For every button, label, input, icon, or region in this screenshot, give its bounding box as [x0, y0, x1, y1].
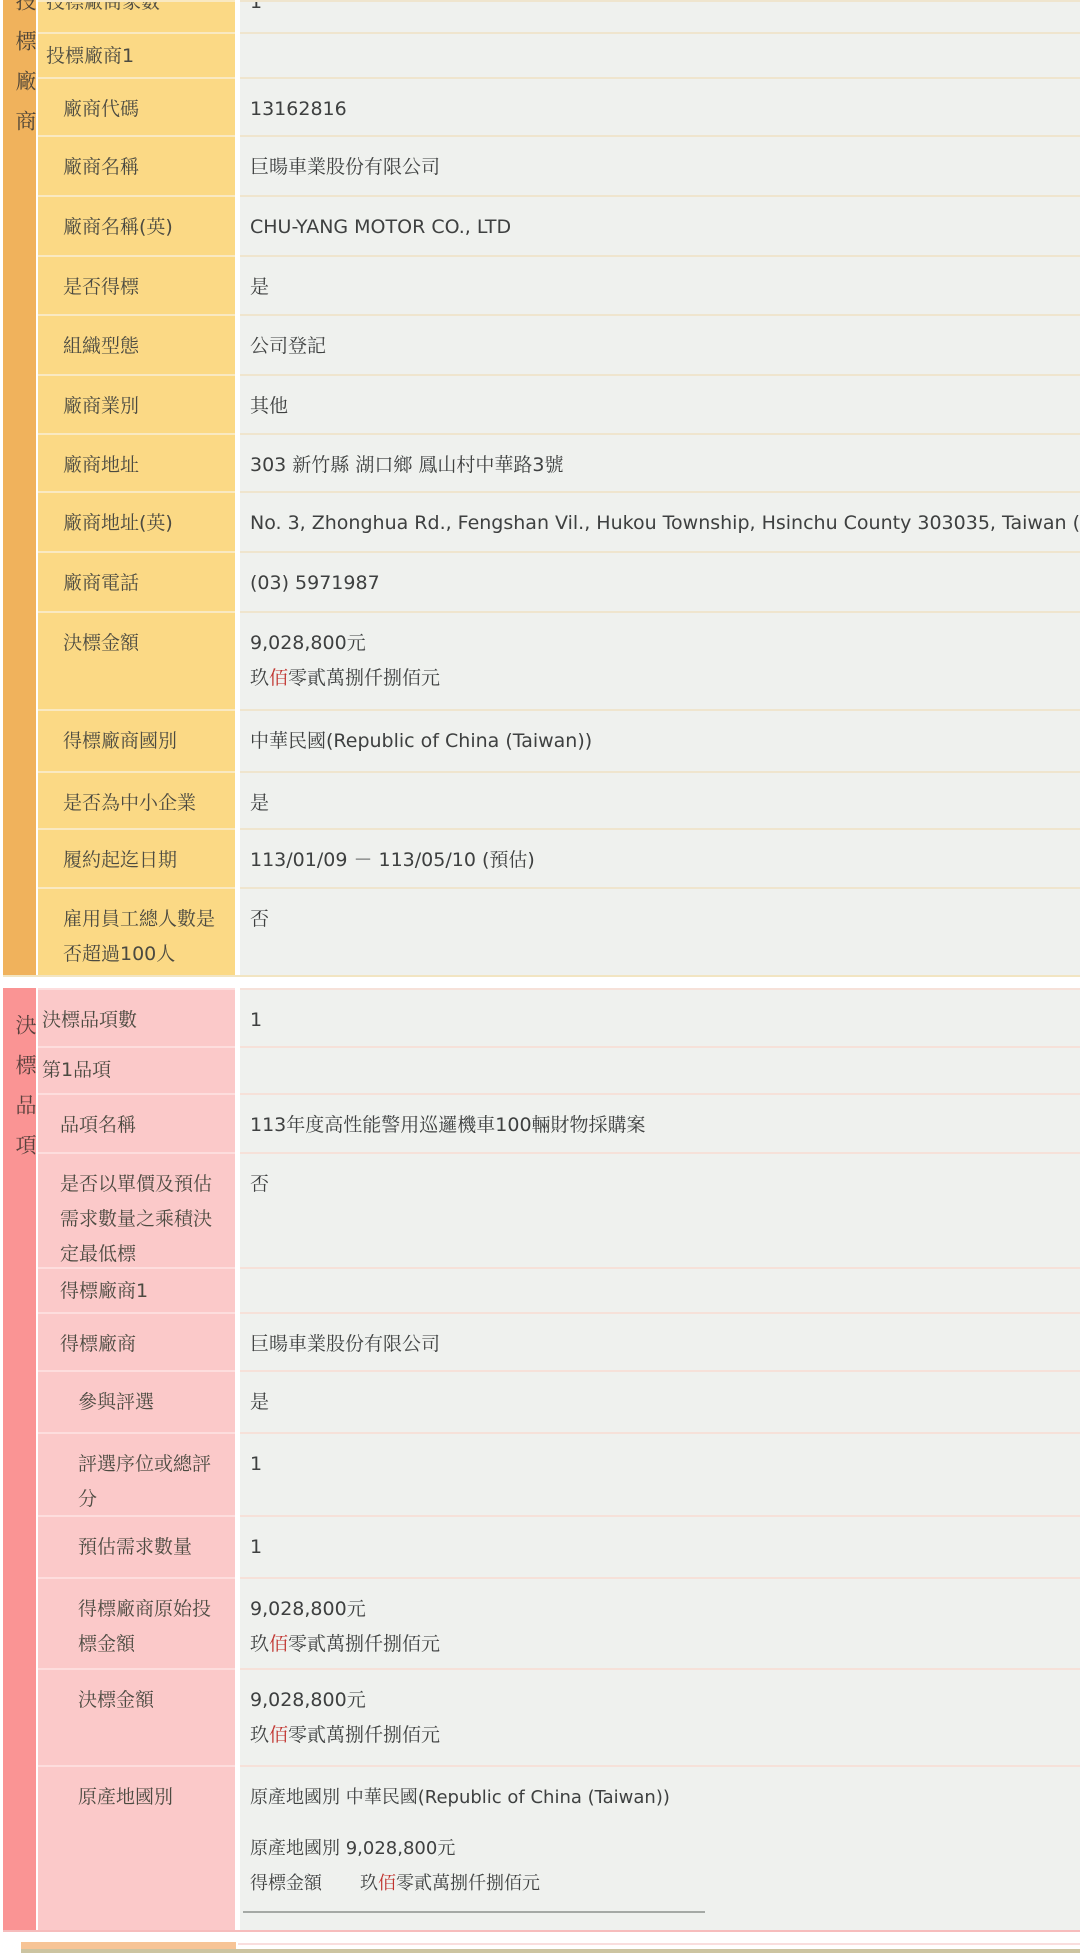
row-value: 303 新竹縣 湖口鄉 鳳山村中華路3號 — [240, 433, 1080, 491]
row-value: No. 3, Zhonghua Rd., Fengshan Vil., Huko… — [240, 491, 1080, 551]
table-row: 決標金額 9,028,800元 玖佰零貳萬捌仟捌佰元 — [38, 1668, 1080, 1765]
row-label: 是否以單價及預估需求數量之乘積決定最低標 — [38, 1152, 235, 1267]
table-row: 決標品項數 1 — [38, 988, 1080, 1046]
amount-in-words: 玖佰零貳萬捌仟捌佰元 — [250, 1718, 1080, 1753]
amount-in-words: 玖佰零貳萬捌仟捌佰元 — [250, 661, 1080, 696]
table-row: 得標廠商國別 中華民國(Republic of China (Taiwan)) — [38, 709, 1080, 771]
row-value: 113年度高性能警用巡邏機車100輛財物採購案 — [240, 1093, 1080, 1152]
table-row: 是否為中小企業 是 — [38, 771, 1080, 828]
award-items-rows: 決標品項數 1 第1品項 品項名稱 113年度高性能警用巡邏機車100輛財物採購… — [38, 988, 1080, 1930]
row-label: 得標廠商1 — [38, 1267, 235, 1312]
next-section-strip-peek — [21, 1949, 1080, 1953]
table-row: 得標廠商 巨暘車業股份有限公司 — [38, 1312, 1080, 1370]
row-value: 否 — [240, 887, 1080, 975]
row-label: 得標廠商 — [38, 1312, 235, 1370]
table-row: 第1品項 — [38, 1046, 1080, 1093]
row-value-amount: 9,028,800元 玖佰零貳萬捌仟捌佰元 — [240, 611, 1080, 709]
row-value-origin: 原產地國別 中華民國(Republic of China (Taiwan)) 原… — [240, 1765, 1080, 1930]
row-label: 第1品項 — [38, 1046, 235, 1093]
row-value: 1 — [240, 0, 1080, 32]
amount-red-char: 佰 — [378, 1873, 396, 1894]
row-value: CHU-YANG MOTOR CO., LTD — [240, 195, 1080, 255]
table-row: 廠商地址(英) No. 3, Zhonghua Rd., Fengshan Vi… — [38, 491, 1080, 551]
row-label: 廠商名稱(英) — [38, 195, 235, 255]
row-value-amount: 9,028,800元 玖佰零貳萬捌仟捌佰元 — [240, 1577, 1080, 1668]
award-items-section: 決標品項 決標品項數 1 第1品項 品項名稱 113年度高性能警用巡邏機車100… — [3, 988, 1080, 1932]
row-value: 是 — [240, 1370, 1080, 1432]
row-label: 投標廠商1 — [38, 32, 235, 77]
award-items-section-vertical-strip: 決標品項 — [3, 988, 36, 1930]
amount-number: 9,028,800元 — [250, 626, 1080, 661]
table-row: 評選序位或總評分 1 — [38, 1432, 1080, 1515]
table-row: 是否以單價及預估需求數量之乘積決定最低標 否 — [38, 1152, 1080, 1267]
row-value: 中華民國(Republic of China (Taiwan)) — [240, 709, 1080, 771]
origin-amount-line: 原產地國別 9,028,800元 — [250, 1831, 1080, 1866]
row-label: 廠商名稱 — [38, 135, 235, 195]
row-label: 原產地國別 — [38, 1765, 235, 1930]
amount-number: 9,028,800元 — [250, 1683, 1080, 1718]
row-label: 是否為中小企業 — [38, 771, 235, 828]
award-items-section-vertical-label: 決標品項 — [3, 1014, 36, 1174]
row-label: 得標廠商原始投標金額 — [38, 1577, 235, 1668]
row-value: 1 — [240, 1515, 1080, 1577]
row-label: 預估需求數量 — [38, 1515, 235, 1577]
section-gap — [0, 1932, 1080, 1941]
table-row: 投標廠商家數 1 — [38, 0, 1080, 32]
table-row: 是否得標 是 — [38, 255, 1080, 314]
row-label: 決標金額 — [38, 611, 235, 709]
row-label: 履約起迄日期 — [38, 828, 235, 887]
row-value: 是 — [240, 771, 1080, 828]
table-row: 品項名稱 113年度高性能警用巡邏機車100輛財物採購案 — [38, 1093, 1080, 1152]
row-label: 組織型態 — [38, 314, 235, 374]
row-label: 廠商地址(英) — [38, 491, 235, 551]
table-row: 組織型態 公司登記 — [38, 314, 1080, 374]
row-label: 廠商地址 — [38, 433, 235, 491]
origin-country-line: 原產地國別 中華民國(Republic of China (Taiwan)) — [250, 1780, 1080, 1815]
procurement-award-table: 投標廠商 投標廠商家數 1 投標廠商1 廠商代碼 13162816 廠商名稱 巨… — [0, 0, 1080, 1953]
table-row: 廠商地址 303 新竹縣 湖口鄉 鳳山村中華路3號 — [38, 433, 1080, 491]
table-row: 廠商業別 其他 — [38, 374, 1080, 433]
table-row: 得標廠商1 — [38, 1267, 1080, 1312]
bidders-section-vertical-label: 投標廠商 — [3, 0, 36, 150]
row-label: 是否得標 — [38, 255, 235, 314]
table-row: 原產地國別 原產地國別 中華民國(Republic of China (Taiw… — [38, 1765, 1080, 1930]
row-value: 否 — [240, 1152, 1080, 1267]
row-value — [240, 1267, 1080, 1312]
amount-red-char: 佰 — [269, 1724, 288, 1746]
table-row: 廠商電話 (03) 5971987 — [38, 551, 1080, 611]
table-row: 廠商代碼 13162816 — [38, 77, 1080, 135]
table-row: 投標廠商1 — [38, 32, 1080, 77]
table-row: 預估需求數量 1 — [38, 1515, 1080, 1577]
amount-number: 9,028,800元 — [250, 1592, 1080, 1627]
next-section-peek — [3, 1941, 1080, 1953]
row-value-amount: 9,028,800元 玖佰零貳萬捌仟捌佰元 — [240, 1668, 1080, 1765]
row-label: 參與評選 — [38, 1370, 235, 1432]
row-value — [240, 32, 1080, 77]
divider-line — [243, 1911, 705, 1913]
row-label: 決標金額 — [38, 1668, 235, 1765]
row-value: (03) 5971987 — [240, 551, 1080, 611]
row-value — [240, 1046, 1080, 1093]
row-label: 雇用員工總人數是否超過100人 — [38, 887, 235, 975]
table-row: 廠商名稱 巨暘車業股份有限公司 — [38, 135, 1080, 195]
row-value: 113/01/09 － 113/05/10 (預估) — [240, 828, 1080, 887]
row-value: 公司登記 — [240, 314, 1080, 374]
row-value: 13162816 — [240, 77, 1080, 135]
amount-in-words: 玖佰零貳萬捌仟捌佰元 — [250, 1627, 1080, 1662]
row-label: 決標品項數 — [38, 988, 235, 1046]
row-value: 是 — [240, 255, 1080, 314]
row-label: 品項名稱 — [38, 1093, 235, 1152]
table-row: 雇用員工總人數是否超過100人 否 — [38, 887, 1080, 975]
row-value: 巨暘車業股份有限公司 — [240, 1312, 1080, 1370]
bidders-rows: 投標廠商家數 1 投標廠商1 廠商代碼 13162816 廠商名稱 巨暘車業股份… — [38, 0, 1080, 975]
row-value: 1 — [240, 1432, 1080, 1515]
row-label: 得標廠商國別 — [38, 709, 235, 771]
row-label: 投標廠商家數 — [38, 0, 235, 32]
row-label: 廠商代碼 — [38, 77, 235, 135]
origin-award-line: 得標金額玖佰零貳萬捌仟捌佰元 — [250, 1866, 1080, 1901]
row-label: 評選序位或總評分 — [38, 1432, 235, 1515]
table-row: 決標金額 9,028,800元 玖佰零貳萬捌仟捌佰元 — [38, 611, 1080, 709]
row-label: 廠商業別 — [38, 374, 235, 433]
row-value: 1 — [240, 988, 1080, 1046]
table-row: 履約起迄日期 113/01/09 － 113/05/10 (預估) — [38, 828, 1080, 887]
next-section-border-peek — [238, 1943, 1080, 1945]
table-row: 參與評選 是 — [38, 1370, 1080, 1432]
section-gap — [0, 977, 1080, 988]
table-row: 得標廠商原始投標金額 9,028,800元 玖佰零貳萬捌仟捌佰元 — [38, 1577, 1080, 1668]
table-row: 廠商名稱(英) CHU-YANG MOTOR CO., LTD — [38, 195, 1080, 255]
bidders-section: 投標廠商 投標廠商家數 1 投標廠商1 廠商代碼 13162816 廠商名稱 巨… — [3, 0, 1080, 977]
amount-red-char: 佰 — [269, 667, 288, 689]
next-section-label-cell-peek — [21, 1942, 236, 1949]
amount-red-char: 佰 — [269, 1633, 288, 1655]
row-value: 其他 — [240, 374, 1080, 433]
bidders-section-vertical-strip: 投標廠商 — [3, 0, 36, 975]
row-label: 廠商電話 — [38, 551, 235, 611]
row-value: 巨暘車業股份有限公司 — [240, 135, 1080, 195]
